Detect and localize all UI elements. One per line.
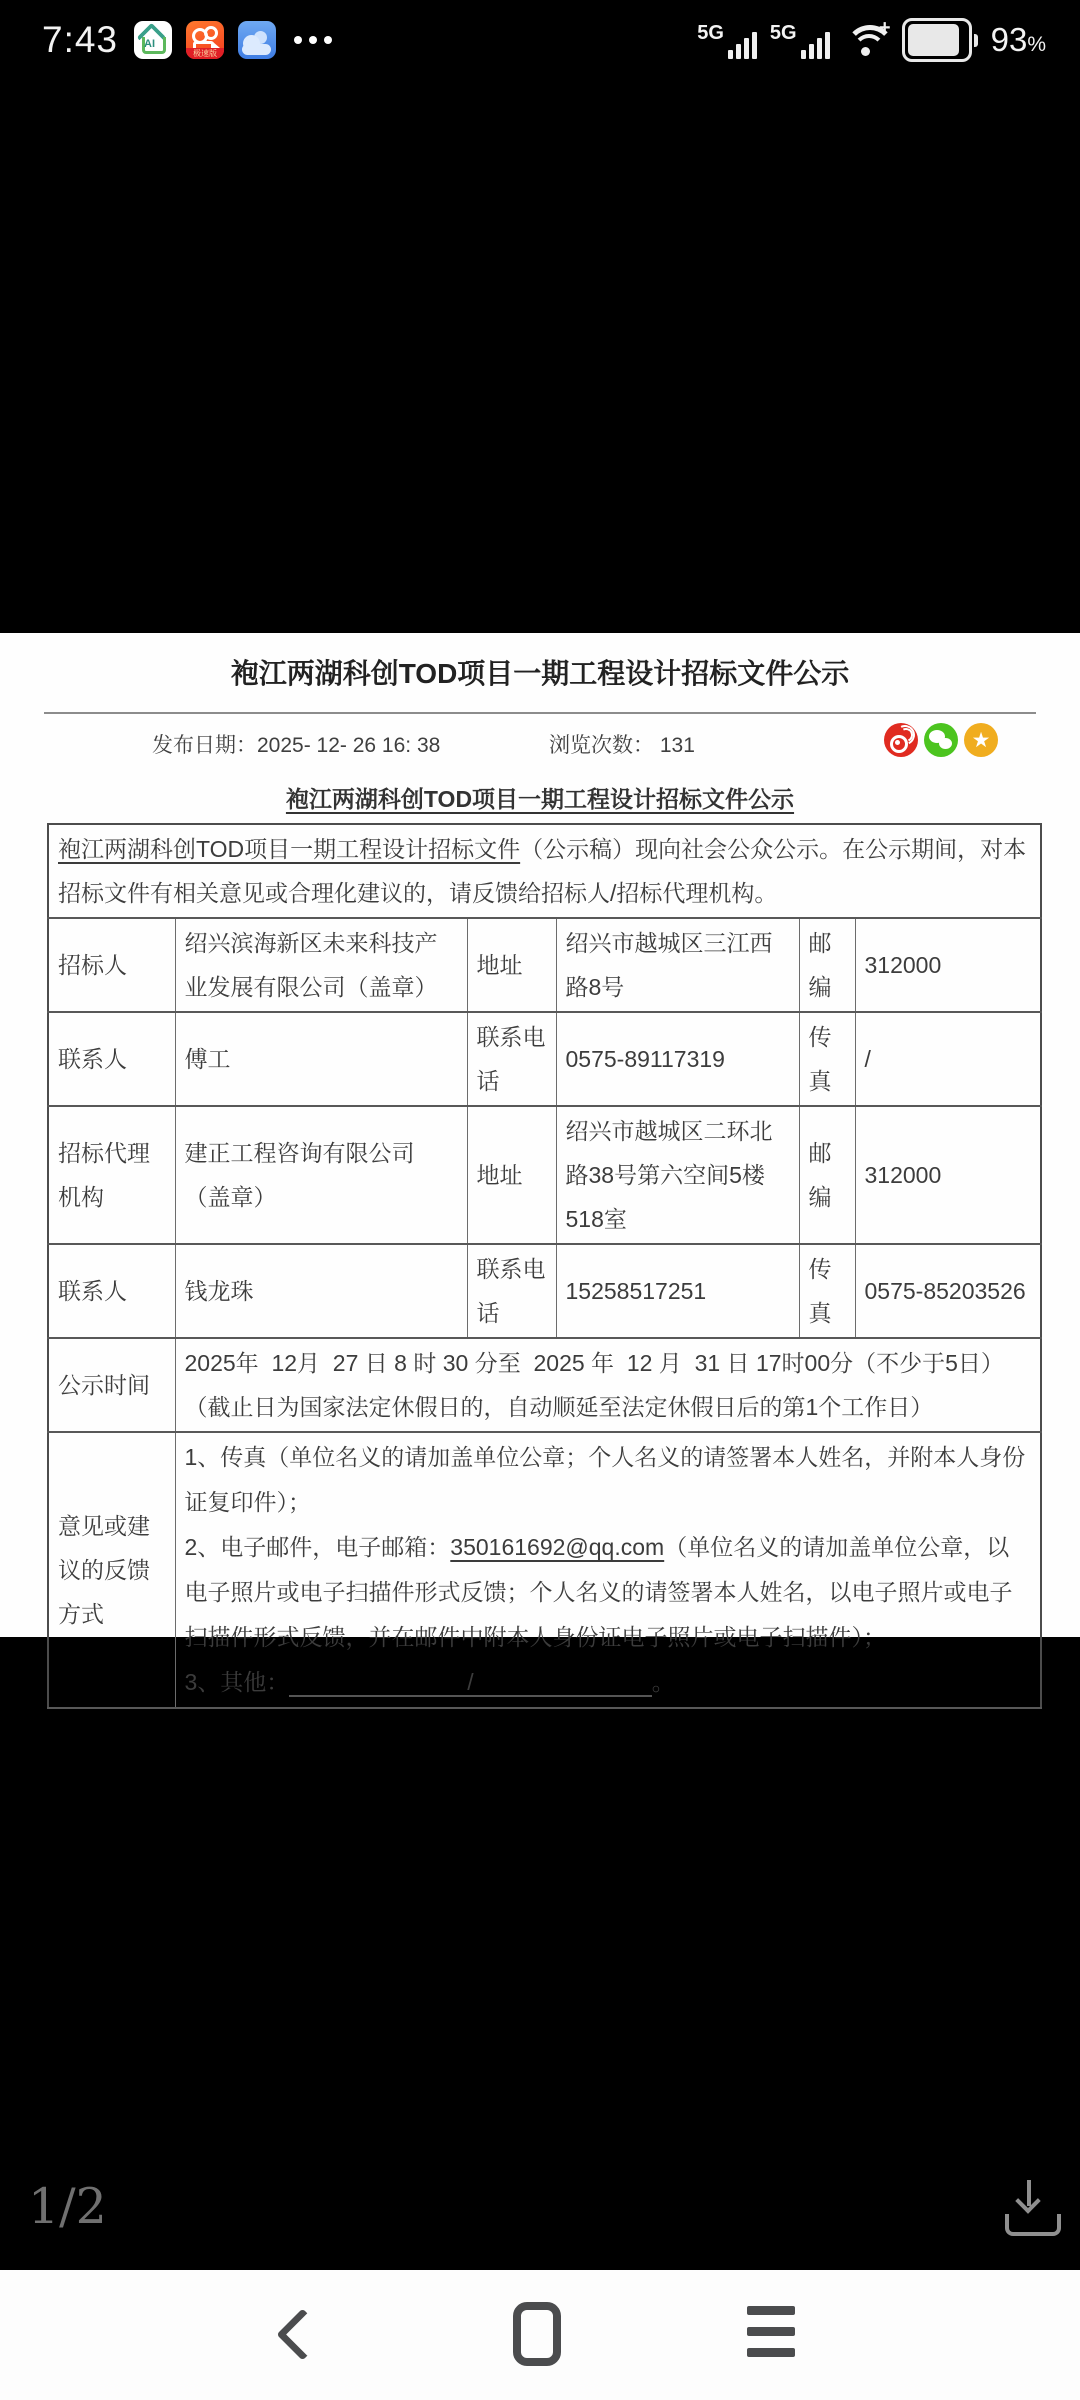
zip-value: 312000 <box>855 918 1041 1012</box>
intro-cell: 袍江两湖科创TOD项目一期工程设计招标文件（公示稿）现向社会公众公示。在公示期间… <box>48 824 1041 918</box>
contact-value: 傅工 <box>175 1012 467 1106</box>
tenderer-value: 绍兴滨海新区未来科技产业发展有限公司（盖章） <box>175 918 467 1012</box>
zip-label: 邮编 <box>799 1106 855 1244</box>
feedback-item-fax: 1、传真（单位名义的请加盖单位公章；个人名义的请签署本人姓名，并附本人身份证复印… <box>185 1435 1032 1525</box>
feedback-value: 1、传真（单位名义的请加盖单位公章；个人名义的请签署本人姓名，并附本人身份证复印… <box>175 1432 1041 1708</box>
zip-label: 邮编 <box>799 918 855 1012</box>
sim2-5g-label: 5G <box>770 22 797 45</box>
fax-label: 传真 <box>799 1012 855 1106</box>
back-button[interactable] <box>276 2308 328 2360</box>
feedback-item-other: 3、其他：/。 <box>185 1660 1032 1705</box>
table-row: 联系人 傅工 联系电话 0575-89117319 传真 / <box>48 1012 1041 1106</box>
wechat-share-icon[interactable] <box>924 723 958 757</box>
tenderer-label: 招标人 <box>48 918 175 1012</box>
fax-label: 传真 <box>799 1244 855 1338</box>
phone-value: 0575-89117319 <box>556 1012 799 1106</box>
wifi-plus-icon: + <box>879 17 891 40</box>
title-divider <box>44 712 1036 714</box>
cloud-icon <box>242 44 271 55</box>
document-page: 袍江两湖科创TOD项目一期工程设计招标文件公示 发布日期：2025- 12- 2… <box>0 633 1080 1637</box>
notice-period-value: 2025年 12月 27 日 8 时 30 分至 2025 年 12 月 31 … <box>175 1338 1041 1432</box>
recents-menu-button[interactable] <box>747 2306 795 2357</box>
battery-percent: 93% <box>991 21 1046 59</box>
zip-value: 312000 <box>855 1106 1041 1244</box>
address-value: 绍兴市越城区二环北路38号第六空间5楼518室 <box>556 1106 799 1244</box>
agency-value: 建正工程咨询有限公司（盖章） <box>175 1106 467 1244</box>
view-count: 浏览次数： 131 <box>549 729 695 759</box>
feedback-item-email: 2、电子邮件，电子邮箱：350161692@qq.com（单位名义的请加盖单位公… <box>185 1525 1032 1660</box>
publish-date: 发布日期：2025- 12- 26 16: 38 <box>152 729 440 759</box>
page-indicator: 1/2 <box>28 2178 107 2235</box>
address-label: 地址 <box>467 918 556 1012</box>
phone-screen: 7:43 AI 极速版 5G <box>0 0 1080 2400</box>
home-button[interactable] <box>513 2302 561 2366</box>
share-buttons: ★ <box>884 723 998 757</box>
signal-sim1-icon: 5G <box>697 22 757 59</box>
phone-label: 联系电话 <box>467 1244 556 1338</box>
email-link[interactable]: 350161692@qq.com <box>450 1534 664 1560</box>
phone-value: 15258517251 <box>556 1244 799 1338</box>
status-bar: 7:43 AI 极速版 5G <box>0 0 1080 80</box>
table-row-intro: 袍江两湖科创TOD项目一期工程设计招标文件（公示稿）现向社会公众公示。在公示期间… <box>48 824 1041 918</box>
signal-sim2-icon: 5G <box>770 22 830 59</box>
weibo-share-icon[interactable] <box>884 723 918 757</box>
agency-label: 招标代理机构 <box>48 1106 175 1244</box>
fax-value: 0575-85203526 <box>855 1244 1041 1338</box>
contact-label: 联系人 <box>48 1244 175 1338</box>
address-value: 绍兴市越城区三江西路8号 <box>556 918 799 1012</box>
table-row-feedback: 意见或建议的反馈方式 1、传真（单位名义的请加盖单位公章；个人名义的请签署本人姓… <box>48 1432 1041 1708</box>
status-indicators: 5G 5G + 93% <box>697 18 1046 62</box>
notice-table: 袍江两湖科创TOD项目一期工程设计招标文件（公示稿）现向社会公众公示。在公示期间… <box>47 823 1042 1709</box>
contact-value: 钱龙珠 <box>175 1244 467 1338</box>
download-button[interactable] <box>1000 2178 1058 2238</box>
table-row: 联系人 钱龙珠 联系电话 15258517251 传真 0575-8520352… <box>48 1244 1041 1338</box>
app-ribbon-label: 极速版 <box>186 48 224 59</box>
blank-line: / <box>289 1669 651 1697</box>
table-row: 招标人 绍兴滨海新区未来科技产业发展有限公司（盖章） 地址 绍兴市越城区三江西路… <box>48 918 1041 1012</box>
download-tray-icon <box>1005 2214 1061 2236</box>
contact-label: 联系人 <box>48 1012 175 1106</box>
table-row-notice-period: 公示时间 2025年 12月 27 日 8 时 30 分至 2025 年 12 … <box>48 1338 1041 1432</box>
camera-reel-icon <box>204 26 218 40</box>
cloud-app-icon <box>238 21 276 59</box>
notification-app-icons: AI 极速版 <box>134 21 276 59</box>
phone-label: 联系电话 <box>467 1012 556 1106</box>
wifi-icon: + <box>843 21 889 59</box>
favorite-star-icon[interactable]: ★ <box>964 723 998 757</box>
address-label: 地址 <box>467 1106 556 1244</box>
navigation-bar <box>0 2270 1080 2400</box>
table-row: 招标代理机构 建正工程咨询有限公司（盖章） 地址 绍兴市越城区二环北路38号第六… <box>48 1106 1041 1244</box>
kuaishou-app-icon: 极速版 <box>186 21 224 59</box>
ai-badge: AI <box>144 38 155 50</box>
notice-period-label: 公示时间 <box>48 1338 175 1432</box>
more-notifications-icon <box>294 36 332 44</box>
document-meta: 发布日期：2025- 12- 26 16: 38 浏览次数： 131 ★ <box>0 723 1080 763</box>
sim1-5g-label: 5G <box>697 22 724 45</box>
feedback-label: 意见或建议的反馈方式 <box>48 1432 175 1708</box>
battery-icon <box>902 18 978 62</box>
fax-value: / <box>855 1012 1041 1106</box>
page-title: 袍江两湖科创TOD项目一期工程设计招标文件公示 <box>0 652 1080 692</box>
document-subtitle: 袍江两湖科创TOD项目一期工程设计招标文件公示 <box>0 781 1080 814</box>
home-ai-app-icon: AI <box>134 21 172 59</box>
clock: 7:43 <box>42 19 118 61</box>
download-arrow-icon <box>1015 2188 1040 2213</box>
